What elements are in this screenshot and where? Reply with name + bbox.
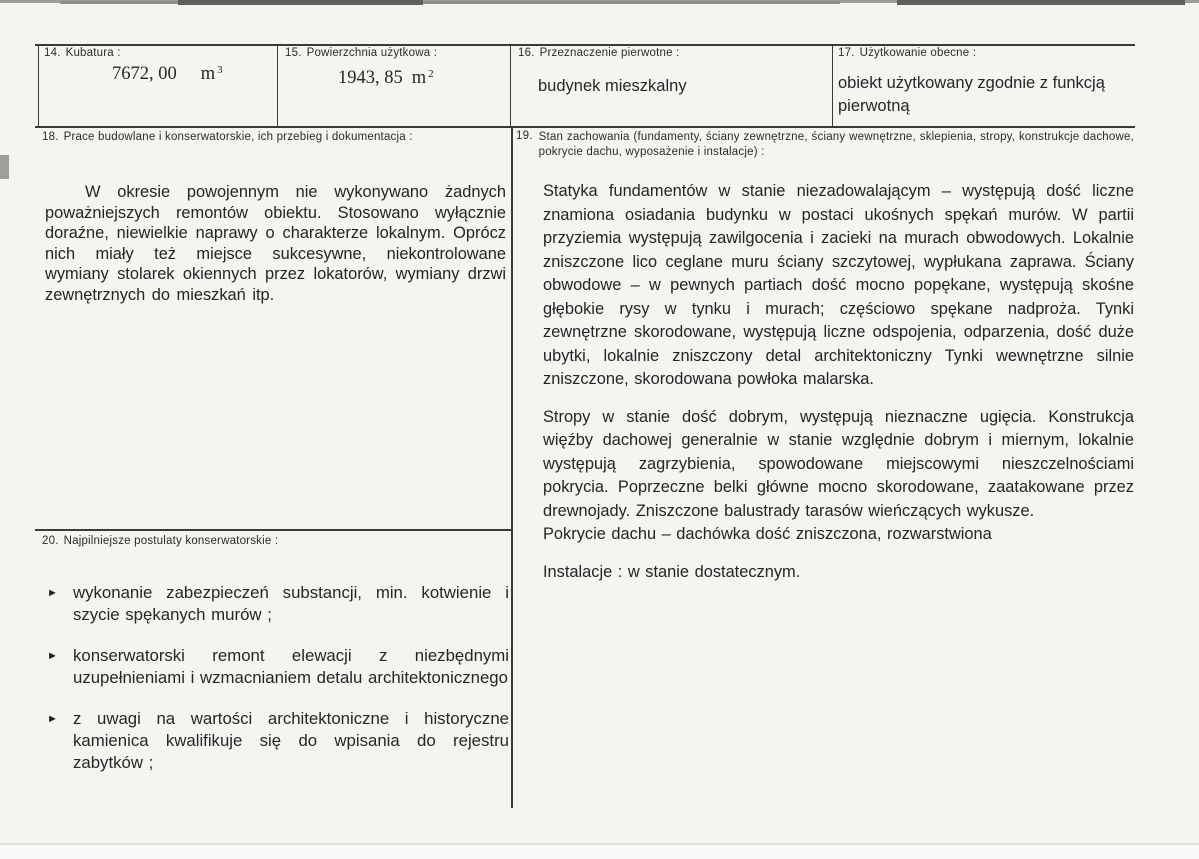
field-15-label: 15.Powierzchnia użytkowa :	[285, 47, 437, 59]
table-divider-columns-18-19	[511, 126, 513, 808]
list-item: ► z uwagi na wartości architektoniczne i…	[47, 708, 509, 774]
field-16-value: budynek mieszkalny	[538, 77, 687, 96]
triangle-bullet-icon: ►	[47, 708, 73, 774]
field-14-number: 14.	[44, 47, 61, 59]
field-17-value: obiekt użytkowany zgodnie z funkcją pier…	[838, 72, 1134, 118]
field-18-text: W okresie powojennym nie wykonywano żadn…	[45, 182, 506, 305]
field-20-label: 20.Najpilniejsze postulaty konserwatorsk…	[42, 535, 278, 547]
list-item: ► wykonanie zabezpieczeń substancji, min…	[47, 582, 509, 626]
field-15-value: 1943, 85m2	[338, 68, 434, 89]
powierzchnia-unit: m2	[412, 68, 434, 88]
field-14-value: 7672, 00m3	[112, 64, 223, 85]
field-19-text: Statyka fundamentów w stanie niezadowala…	[543, 180, 1134, 584]
postulat-3-text: z uwagi na wartości architektoniczne i h…	[73, 708, 509, 774]
triangle-bullet-icon: ►	[47, 582, 73, 626]
field-20-number: 20.	[42, 535, 59, 547]
field-15-number: 15.	[285, 47, 302, 59]
field-19-paragraph-1: Statyka fundamentów w stanie niezadowala…	[543, 180, 1134, 392]
field-16-label-text: Przeznaczenie pierwotne :	[540, 47, 680, 59]
field-17-label-text: Użytkowanie obecne :	[860, 47, 977, 59]
powierzchnia-number: 1943, 85	[338, 68, 403, 88]
table-border-top	[35, 44, 1135, 46]
scan-area-below-page	[0, 845, 1199, 859]
list-item: ► konserwatorski remont elewacji z niezb…	[47, 645, 509, 689]
scan-edge-top-segment	[60, 1, 840, 4]
field-19-paragraph-3: Instalacje : w stanie dostatecznym.	[543, 561, 1134, 585]
table-divider-15-16	[510, 44, 511, 126]
field-19-number: 19.	[516, 130, 533, 160]
scanned-form-page: 14.Kubatura : 7672, 00m3 15.Powierzchnia…	[0, 0, 1199, 859]
field-18-number: 18.	[42, 131, 59, 143]
field-20-list: ► wykonanie zabezpieczeń substancji, min…	[47, 582, 509, 793]
field-19-paragraph-2: Stropy w stanie dość dobrym, występują n…	[543, 406, 1134, 547]
field-19-label: 19.Stan zachowania (fundamenty, ściany z…	[516, 130, 1134, 160]
field-16-number: 16.	[518, 47, 535, 59]
field-18-label-text: Prace budowlane i konserwatorskie, ich p…	[64, 131, 413, 143]
field-17-label: 17.Użytkowanie obecne :	[838, 47, 976, 59]
kubatura-unit: m3	[201, 64, 223, 84]
field-19-label-text: Stan zachowania (fundamenty, ściany zewn…	[539, 130, 1134, 160]
kubatura-number: 7672, 00	[112, 64, 177, 84]
scan-left-margin-mark	[0, 155, 9, 179]
table-divider-14-15	[277, 44, 278, 126]
field-16-label: 16.Przeznaczenie pierwotne :	[518, 47, 679, 59]
table-divider-16-17	[832, 44, 833, 126]
field-17-number: 17.	[838, 47, 855, 59]
field-20-label-text: Najpilniejsze postulaty konserwatorskie …	[64, 535, 279, 547]
field-14-label: 14.Kubatura :	[44, 47, 121, 59]
field-15-label-text: Powierzchnia użytkowa :	[307, 47, 438, 59]
postulat-1-text: wykonanie zabezpieczeń substancji, min. …	[73, 582, 509, 626]
postulat-2-text: konserwatorski remont elewacji z niezbęd…	[73, 645, 509, 689]
table-border-above-field-20	[35, 529, 512, 531]
field-14-label-text: Kubatura :	[66, 47, 121, 59]
scan-edge-top-dark-segment-left	[178, 0, 423, 5]
scan-edge-top-dark-segment-right	[897, 0, 1185, 5]
table-border-row1-bottom	[35, 126, 1135, 128]
triangle-bullet-icon: ►	[47, 645, 73, 689]
field-18-label: 18.Prace budowlane i konserwatorskie, ic…	[42, 131, 413, 143]
table-border-left-row1	[38, 44, 39, 126]
